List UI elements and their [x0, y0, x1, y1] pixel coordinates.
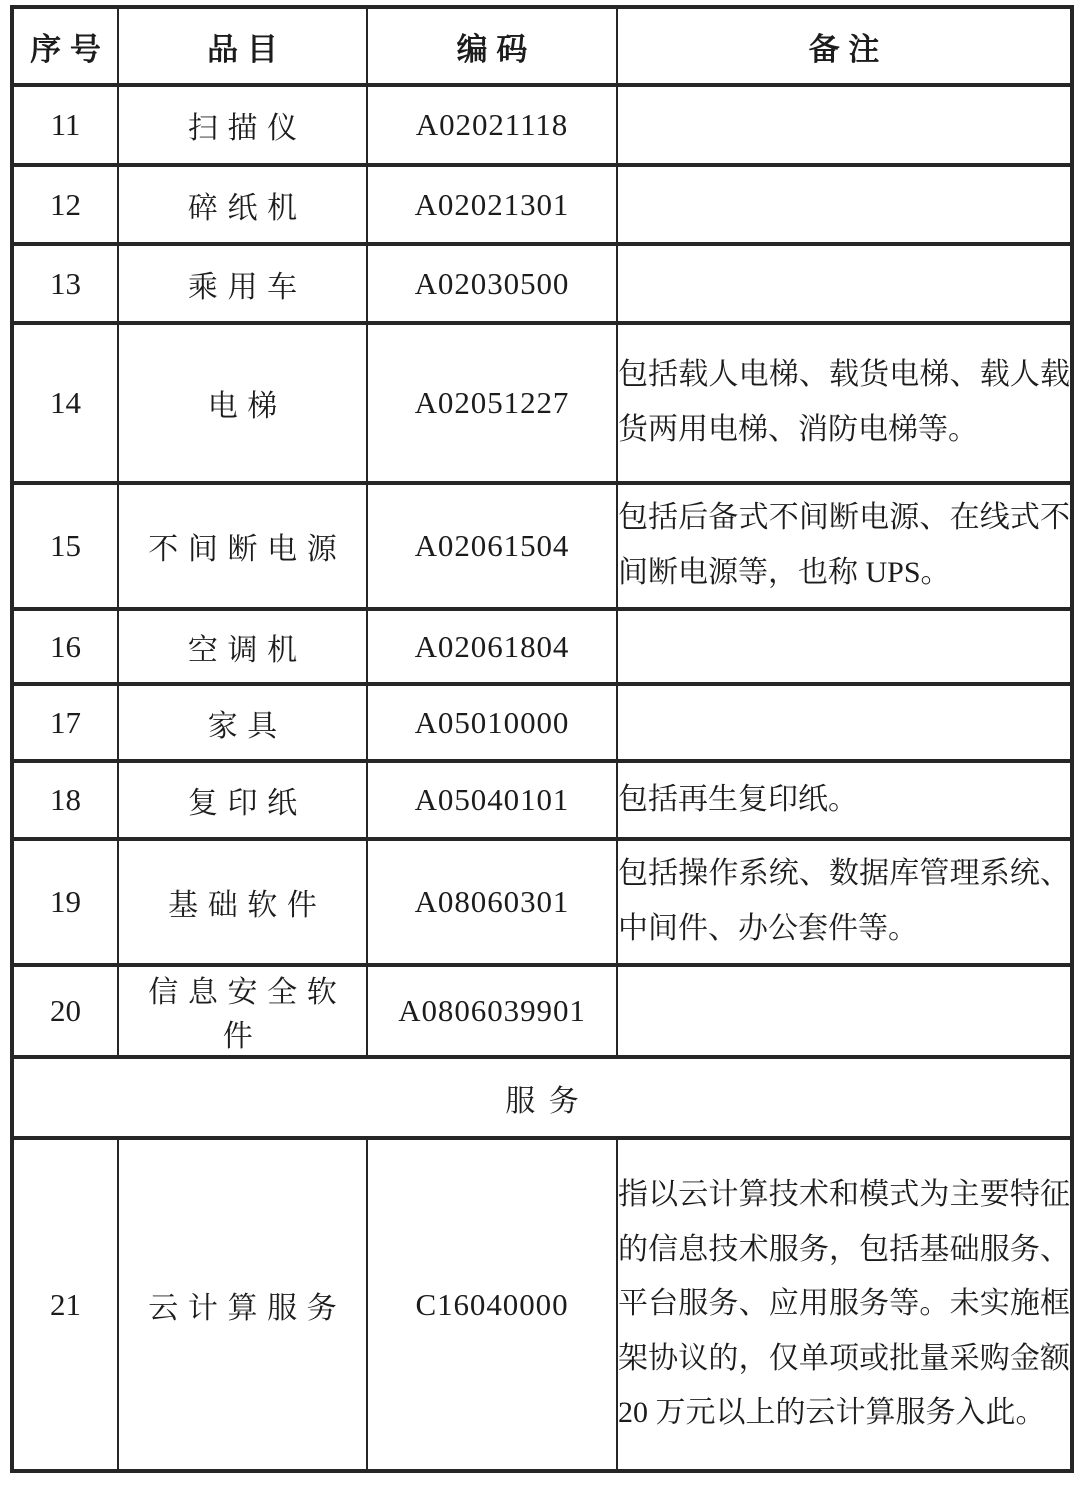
cell-item: 云计算服务 — [118, 1138, 367, 1471]
cell-note: 包括再生复印纸。 — [617, 761, 1072, 839]
table-row: 11 扫描仪 A02021118 — [12, 85, 1072, 165]
cell-item: 电梯 — [118, 323, 367, 483]
cell-no: 11 — [12, 85, 118, 165]
cell-code: A08060301 — [367, 839, 617, 965]
cell-note — [617, 165, 1072, 244]
cell-item: 碎纸机 — [118, 165, 367, 244]
cell-note: 包括操作系统、数据库管理系统、中间件、办公套件等。 — [617, 839, 1072, 965]
cell-no: 13 — [12, 244, 118, 323]
table-row: 19 基础软件 A08060301 包括操作系统、数据库管理系统、中间件、办公套… — [12, 839, 1072, 965]
cell-note: 包括后备式不间断电源、在线式不间断电源等，也称 UPS。 — [617, 483, 1072, 609]
cell-code: A0806039901 — [367, 965, 617, 1057]
column-header-no: 序号 — [12, 7, 118, 85]
cell-no: 17 — [12, 684, 118, 761]
cell-code: C16040000 — [367, 1138, 617, 1471]
cell-item: 信息安全软件 — [118, 965, 367, 1057]
cell-code: A02030500 — [367, 244, 617, 323]
cell-note — [617, 609, 1072, 684]
table-row: 12 碎纸机 A02021301 — [12, 165, 1072, 244]
cell-code: A05040101 — [367, 761, 617, 839]
cell-no: 19 — [12, 839, 118, 965]
header-row: 序号 品目 编码 备注 — [12, 7, 1072, 85]
cell-item: 空调机 — [118, 609, 367, 684]
cell-note — [617, 684, 1072, 761]
cell-code: A02061504 — [367, 483, 617, 609]
section-divider-row: 服务 — [12, 1057, 1072, 1138]
cell-no: 21 — [12, 1138, 118, 1471]
section-label: 服务 — [12, 1057, 1072, 1138]
cell-no: 14 — [12, 323, 118, 483]
table-row: 13 乘用车 A02030500 — [12, 244, 1072, 323]
cell-note — [617, 965, 1072, 1057]
cell-no: 18 — [12, 761, 118, 839]
procurement-catalog-table: 序号 品目 编码 备注 11 扫描仪 A02021118 12 碎纸机 A020… — [10, 5, 1074, 1473]
column-header-code: 编码 — [367, 7, 617, 85]
cell-code: A02021301 — [367, 165, 617, 244]
cell-note — [617, 85, 1072, 165]
cell-no: 20 — [12, 965, 118, 1057]
document-page: 序号 品目 编码 备注 11 扫描仪 A02021118 12 碎纸机 A020… — [0, 0, 1080, 1509]
cell-code: A02021118 — [367, 85, 617, 165]
table-row: 14 电梯 A02051227 包括载人电梯、载货电梯、载人载货两用电梯、消防电… — [12, 323, 1072, 483]
cell-note: 包括载人电梯、载货电梯、载人载货两用电梯、消防电梯等。 — [617, 323, 1072, 483]
table-row: 15 不间断电源 A02061504 包括后备式不间断电源、在线式不间断电源等，… — [12, 483, 1072, 609]
cell-item: 扫描仪 — [118, 85, 367, 165]
cell-item: 复印纸 — [118, 761, 367, 839]
cell-code: A02061804 — [367, 609, 617, 684]
table-row: 18 复印纸 A05040101 包括再生复印纸。 — [12, 761, 1072, 839]
cell-code: A02051227 — [367, 323, 617, 483]
cell-no: 15 — [12, 483, 118, 609]
table-row: 21 云计算服务 C16040000 指以云计算技术和模式为主要特征的信息技术服… — [12, 1138, 1072, 1471]
cell-note — [617, 244, 1072, 323]
cell-item: 乘用车 — [118, 244, 367, 323]
cell-no: 16 — [12, 609, 118, 684]
cell-item: 不间断电源 — [118, 483, 367, 609]
cell-item: 家具 — [118, 684, 367, 761]
column-header-item: 品目 — [118, 7, 367, 85]
table-row: 17 家具 A05010000 — [12, 684, 1072, 761]
column-header-note: 备注 — [617, 7, 1072, 85]
cell-item: 基础软件 — [118, 839, 367, 965]
cell-no: 12 — [12, 165, 118, 244]
table-row: 16 空调机 A02061804 — [12, 609, 1072, 684]
cell-note: 指以云计算技术和模式为主要特征的信息技术服务，包括基础服务、平台服务、应用服务等… — [617, 1138, 1072, 1471]
table-row: 20 信息安全软件 A0806039901 — [12, 965, 1072, 1057]
cell-code: A05010000 — [367, 684, 617, 761]
